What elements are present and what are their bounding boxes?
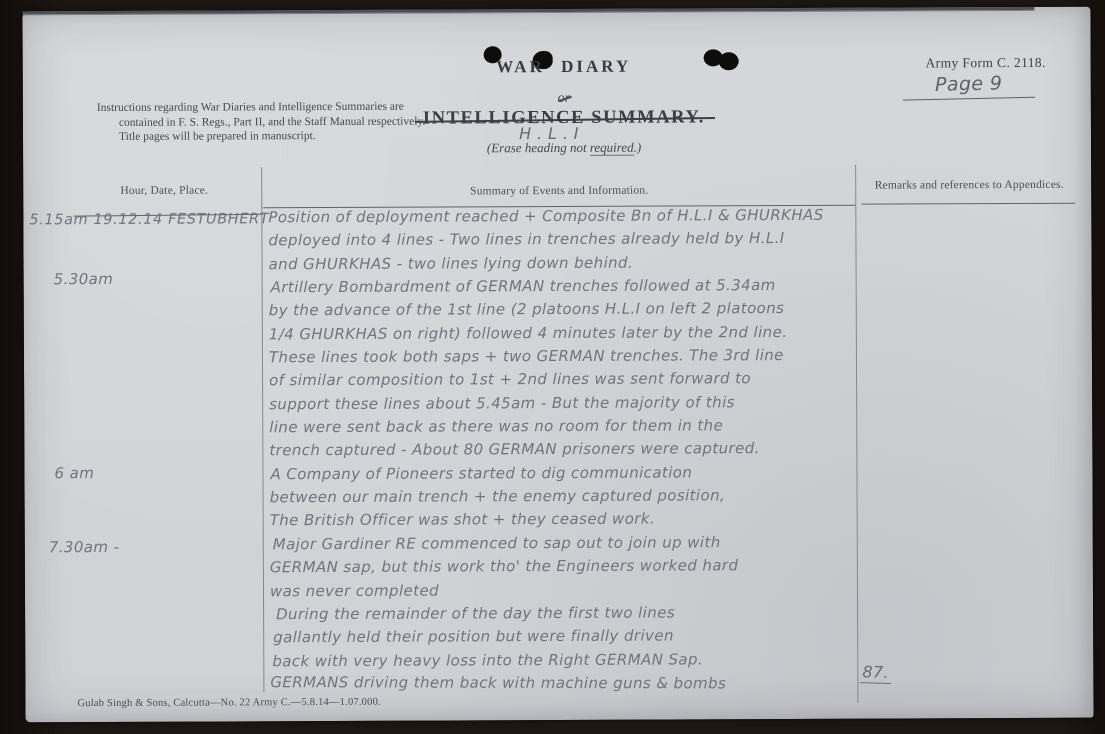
erase-note-prefix: (Erase heading not [487, 140, 590, 155]
title-block: WAR DIARY or INTELLIGENCE SUMMARY. H . L… [378, 8, 749, 170]
column-divider-1 [261, 167, 265, 692]
summary-line: support these lines about 5.45am - But t… [269, 390, 869, 416]
printer-imprint: Gulab Singh & Sons, Calcutta—No. 22 Army… [77, 697, 380, 709]
summary-line: These lines took both saps + two GERMAN … [269, 344, 869, 370]
instructions-paragraph: Instructions regarding War Diaries and I… [97, 100, 435, 145]
hour-entry: 7.30am - [49, 538, 120, 556]
erase-note-underlined-word: required [590, 140, 634, 156]
war-diary-page: Army Form C. 2118. Page 9 WAR DIARY or I… [22, 7, 1093, 723]
summary-line: was never completed [270, 577, 870, 603]
summary-line: deployed into 4 lines - Two lines in tre… [268, 227, 868, 253]
hour-entry: 5.30am [54, 270, 114, 288]
summary-line: Position of deployment reached + Composi… [268, 204, 868, 230]
summary-line: line were sent back as there was no room… [269, 414, 869, 440]
summary-line: by the advance of the 1st line (2 platoo… [269, 297, 869, 323]
summary-line: The British Officer was shot + they ceas… [270, 507, 870, 533]
remarks-note: 87. [860, 662, 891, 684]
summary-line: between our main trench + the enemy capt… [270, 484, 870, 510]
column-header-remarks: Remarks and references to Appendices. [859, 179, 1079, 192]
summary-line: back with very heavy loss into the Right… [272, 647, 870, 673]
summary-line: Artillery Bombardment of GERMAN trenches… [271, 274, 869, 300]
summary-line: GERMANS driving them back with machine g… [270, 671, 870, 696]
page-number: Page 9 [903, 72, 1036, 101]
summary-line: trench captured - About 80 GERMAN prison… [269, 437, 869, 463]
hour-entry: 5.15am 19.12.14 FESTUBHERT [29, 211, 269, 228]
column-header-hour-date-place: Hour, Date, Place. [67, 184, 261, 197]
summary-line: 1/4 GHURKHAS on right) followed 4 minute… [269, 320, 869, 346]
form-number: Army Form C. 2118. [891, 55, 1081, 72]
summary-line: and GHURKHAS - two lines lying down behi… [269, 250, 869, 276]
summary-line: GERMAN sap, but this work tho' the Engin… [270, 554, 870, 580]
summary-line: A Company of Pioneers started to dig com… [270, 460, 869, 486]
header-underline-col3 [861, 203, 1075, 205]
summary-of-events: Position of deployment reached + Composi… [268, 204, 870, 697]
scan-background: Army Form C. 2118. Page 9 WAR DIARY or I… [0, 0, 1105, 734]
summary-line: Major Gardiner RE commenced to sap out t… [273, 530, 870, 556]
summary-line: During the remainder of the day the firs… [276, 600, 870, 626]
form-title: WAR DIARY [379, 56, 749, 78]
summary-line: of similar composition to 1st + 2nd line… [269, 367, 869, 393]
hour-entry: 6 am [54, 464, 94, 482]
column-header-summary: Summary of Events and Information. [263, 184, 855, 199]
summary-line: gallantly held their position but were f… [273, 624, 870, 650]
erase-note-suffix: .) [634, 140, 642, 155]
